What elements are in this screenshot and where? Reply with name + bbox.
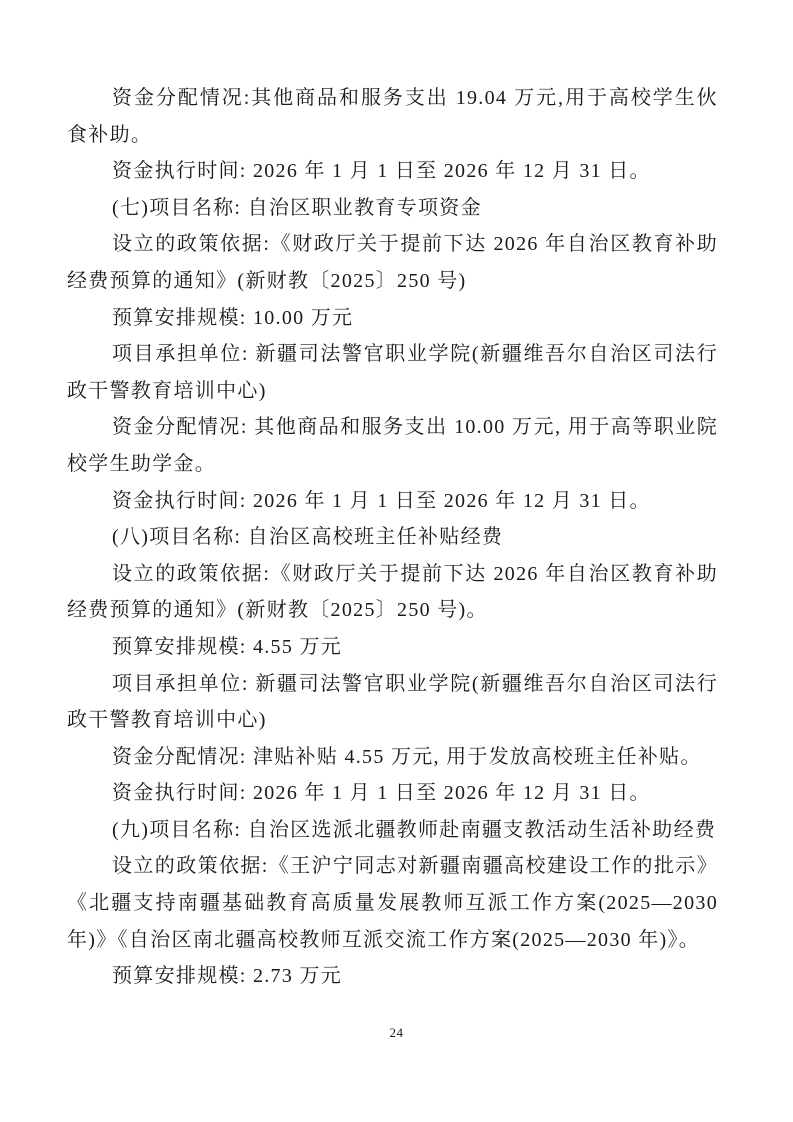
- paragraph-project-7-policy-basis: 设立的政策依据:《财政厅关于提前下达 2026 年自治区教育补助经费预算的通知》…: [67, 226, 718, 299]
- document-page: 资金分配情况:其他商品和服务支出 19.04 万元,用于高校学生伙食补助。 资金…: [0, 0, 793, 1122]
- paragraph-project-8-fund-allocation: 资金分配情况: 津贴补贴 4.55 万元, 用于发放高校班主任补贴。: [67, 739, 718, 776]
- paragraph-project-8-policy-basis: 设立的政策依据:《财政厅关于提前下达 2026 年自治区教育补助经费预算的通知》…: [67, 556, 718, 629]
- paragraph-project-8-undertaking-unit: 项目承担单位: 新疆司法警官职业学院(新疆维吾尔自治区司法行政干警教育培训中心): [67, 666, 718, 739]
- paragraph-project-8-name: (八)项目名称: 自治区高校班主任补贴经费: [67, 519, 718, 556]
- page-number: 24: [390, 1025, 404, 1040]
- paragraph-project-7-undertaking-unit: 项目承担单位: 新疆司法警官职业学院(新疆维吾尔自治区司法行政干警教育培训中心): [67, 336, 718, 409]
- paragraph-project-9-policy-basis: 设立的政策依据:《王沪宁同志对新疆南疆高校建设工作的批示》《北疆支持南疆基础教育…: [67, 848, 718, 958]
- paragraph-project-9-name: (九)项目名称: 自治区选派北疆教师赴南疆支教活动生活补助经费: [67, 812, 718, 849]
- paragraph-fund-allocation: 资金分配情况:其他商品和服务支出 19.04 万元,用于高校学生伙食补助。: [67, 80, 718, 153]
- paragraph-project-8-budget-scale: 预算安排规模: 4.55 万元: [67, 629, 718, 666]
- document-body: 资金分配情况:其他商品和服务支出 19.04 万元,用于高校学生伙食补助。 资金…: [67, 80, 718, 995]
- paragraph-project-7-fund-execution-period: 资金执行时间: 2026 年 1 月 1 日至 2026 年 12 月 31 日…: [67, 483, 718, 520]
- paragraph-project-7-budget-scale: 预算安排规模: 10.00 万元: [67, 300, 718, 337]
- paragraph-fund-execution-period: 资金执行时间: 2026 年 1 月 1 日至 2026 年 12 月 31 日…: [67, 153, 718, 190]
- paragraph-project-7-fund-allocation: 资金分配情况: 其他商品和服务支出 10.00 万元, 用于高等职业院校学生助学…: [67, 409, 718, 482]
- page-footer: 24: [0, 1024, 793, 1042]
- paragraph-project-9-budget-scale: 预算安排规模: 2.73 万元: [67, 958, 718, 995]
- paragraph-project-8-fund-execution-period: 资金执行时间: 2026 年 1 月 1 日至 2026 年 12 月 31 日…: [67, 775, 718, 812]
- paragraph-project-7-name: (七)项目名称: 自治区职业教育专项资金: [67, 190, 718, 227]
